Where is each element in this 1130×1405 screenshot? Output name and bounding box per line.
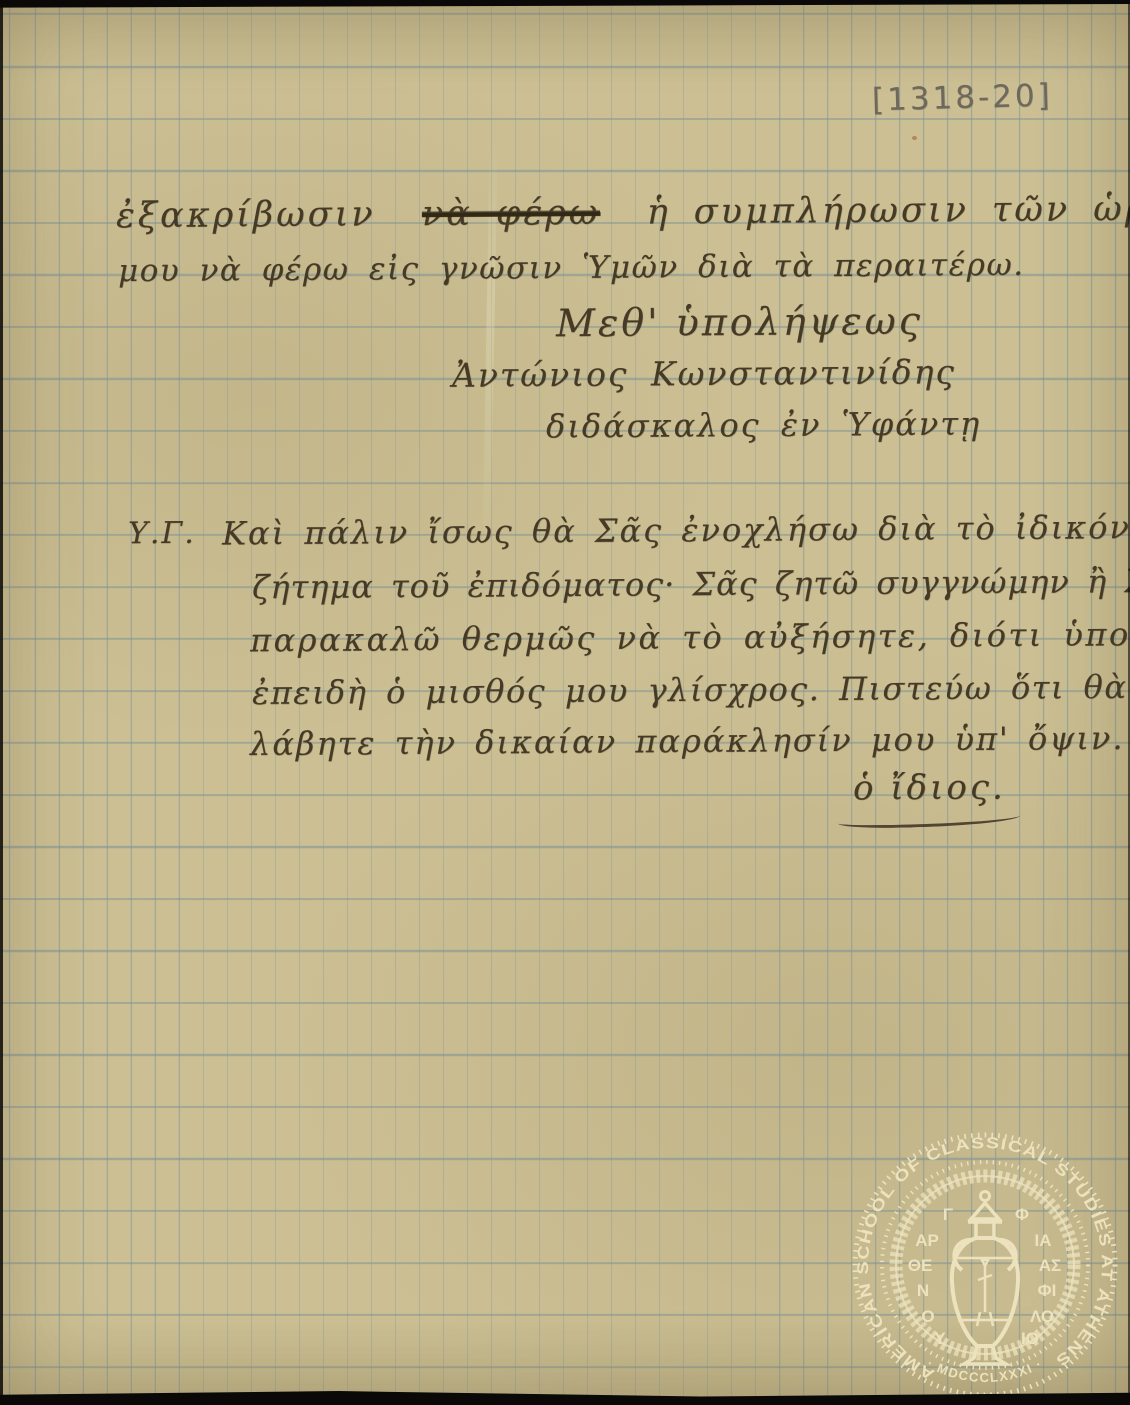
body-text: ἐξακρίβωσιν	[116, 194, 376, 236]
seal-letter: ΙΟ	[1021, 1329, 1039, 1348]
spacer	[375, 194, 422, 234]
postscript-line: Καὶ πάλιν ἴσως θὰ Σᾶς ἐνοχλήσω διὰ τὸ ἰδ…	[222, 508, 1130, 553]
seal-letter: Γ	[943, 1205, 953, 1224]
postscript-label: Υ.Γ.	[128, 516, 196, 551]
amphora-icon	[952, 1192, 1018, 1365]
seal-letter: ΙΑ	[1035, 1231, 1052, 1250]
closing-salutation: Μεθ' ὑπολήψεως	[556, 299, 923, 346]
seal-letter: Ν	[917, 1281, 929, 1300]
postscript-line: λάβητε τὴν δικαίαν παράκλησίν μου ὑπ' ὄψ…	[250, 719, 1125, 763]
crossed-out-text: νὰ φέρω	[422, 193, 601, 234]
postscript-line: ἐπειδὴ ὁ μισθός μου γλίσχρος. Πιστεύω ὅτ…	[252, 668, 1128, 712]
ascsa-seal-stamp: AMERICAN SCHOOL OF CLASSICAL STUDIES AT …	[850, 1130, 1120, 1400]
signature-title: διδάσκαλος ἐν Ὑφάντῃ	[546, 404, 981, 445]
seal-letter: Φ	[1015, 1205, 1029, 1224]
postscript-line: ζήτημα τοῦ ἐπιδόματος· Σᾶς ζητῶ συγγνώμη…	[252, 562, 1130, 607]
letter-body-line: ἐξακρίβωσιν νὰ φέρω ἡ συμπλήρωσιν τῶν ὡρ…	[116, 188, 1130, 236]
body-text: ἡ συμπλήρωσιν τῶν ὡρισμένων	[646, 188, 1130, 233]
postscript-signature: ὁ ἴδιος.	[853, 767, 1006, 808]
scanned-letter-page: [1318-20] ἐξακρίβωσιν νὰ φέρω ἡ συμπλήρω…	[0, 0, 1130, 1405]
paper-stain	[912, 136, 917, 140]
signature-name: Ἀντώνιος Κωνσταντινίδης	[452, 352, 956, 395]
seal-letter: Ο	[921, 1307, 934, 1326]
seal-letter: ΦΙ	[1038, 1281, 1057, 1300]
spacer	[600, 192, 647, 232]
seal-letter: ΑΣ	[1039, 1256, 1061, 1275]
letter-body-line: μου νὰ φέρω εἰς γνῶσιν Ὑμῶν διὰ τὰ περαι…	[118, 247, 1025, 289]
seal-letter: Υ	[934, 1329, 946, 1348]
scan-edge-left	[0, 0, 3, 1405]
catalog-number: [1318-20]	[872, 78, 1054, 119]
postscript-line: παρακαλῶ θερμῶς νὰ τὸ αὐξήσητε, διότι ὑπ…	[250, 615, 1130, 660]
seal-letter: ΛΟ	[1030, 1307, 1054, 1326]
seal-letter: ΑΡ	[915, 1231, 939, 1250]
athena-figure-icon	[977, 1260, 993, 1326]
seal-letter: ΘΕ	[908, 1256, 933, 1275]
